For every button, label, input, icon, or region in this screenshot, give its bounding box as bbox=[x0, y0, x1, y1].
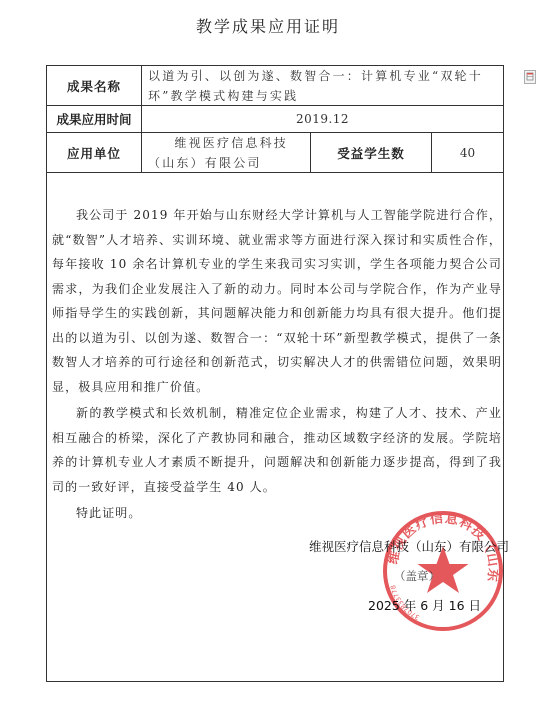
value-beneficiary-students: 40 bbox=[431, 133, 503, 172]
body-paragraph-2: 新的教学模式和长效机制，精准定位企业需求，构建了人才、技术、产业相互融合的桥梁，… bbox=[52, 401, 502, 499]
table-row-application-unit: 应用单位 维视医疗信息科技（山东）有限公司 受益学生数 40 bbox=[47, 133, 503, 173]
label-achievement-name: 成果名称 bbox=[47, 66, 141, 105]
document-title: 教学成果应用证明 bbox=[0, 14, 536, 37]
signature-date: 2025 年 6 月 16 日 bbox=[368, 596, 481, 614]
value-application-unit: 维视医疗信息科技（山东）有限公司 bbox=[141, 133, 310, 172]
label-application-time: 成果应用时间 bbox=[47, 106, 141, 132]
label-application-unit: 应用单位 bbox=[47, 133, 141, 172]
screenshot-tool-icon[interactable] bbox=[524, 70, 536, 84]
signature-company: 维视医疗信息科技（山东）有限公司 bbox=[309, 537, 509, 555]
label-beneficiary-students: 受益学生数 bbox=[310, 133, 431, 172]
value-application-time: 2019.12 bbox=[141, 106, 503, 132]
table-row-achievement-name: 成果名称 以道为引、以创为遂、数智合一：计算机专业“双轮十环”教学模式构建与实践 bbox=[47, 66, 503, 106]
signature-stamp-note: （盖章） bbox=[394, 568, 440, 584]
table-row-application-time: 成果应用时间 2019.12 bbox=[47, 106, 503, 133]
value-achievement-name: 以道为引、以创为遂、数智合一：计算机专业“双轮十环”教学模式构建与实践 bbox=[141, 66, 503, 105]
certificate-body: 我公司于 2019 年开始与山东财经大学计算机与人工智能学院进行合作，就“数智”… bbox=[52, 203, 502, 526]
body-paragraph-1: 我公司于 2019 年开始与山东财经大学计算机与人工智能学院进行合作，就“数智”… bbox=[52, 203, 502, 399]
